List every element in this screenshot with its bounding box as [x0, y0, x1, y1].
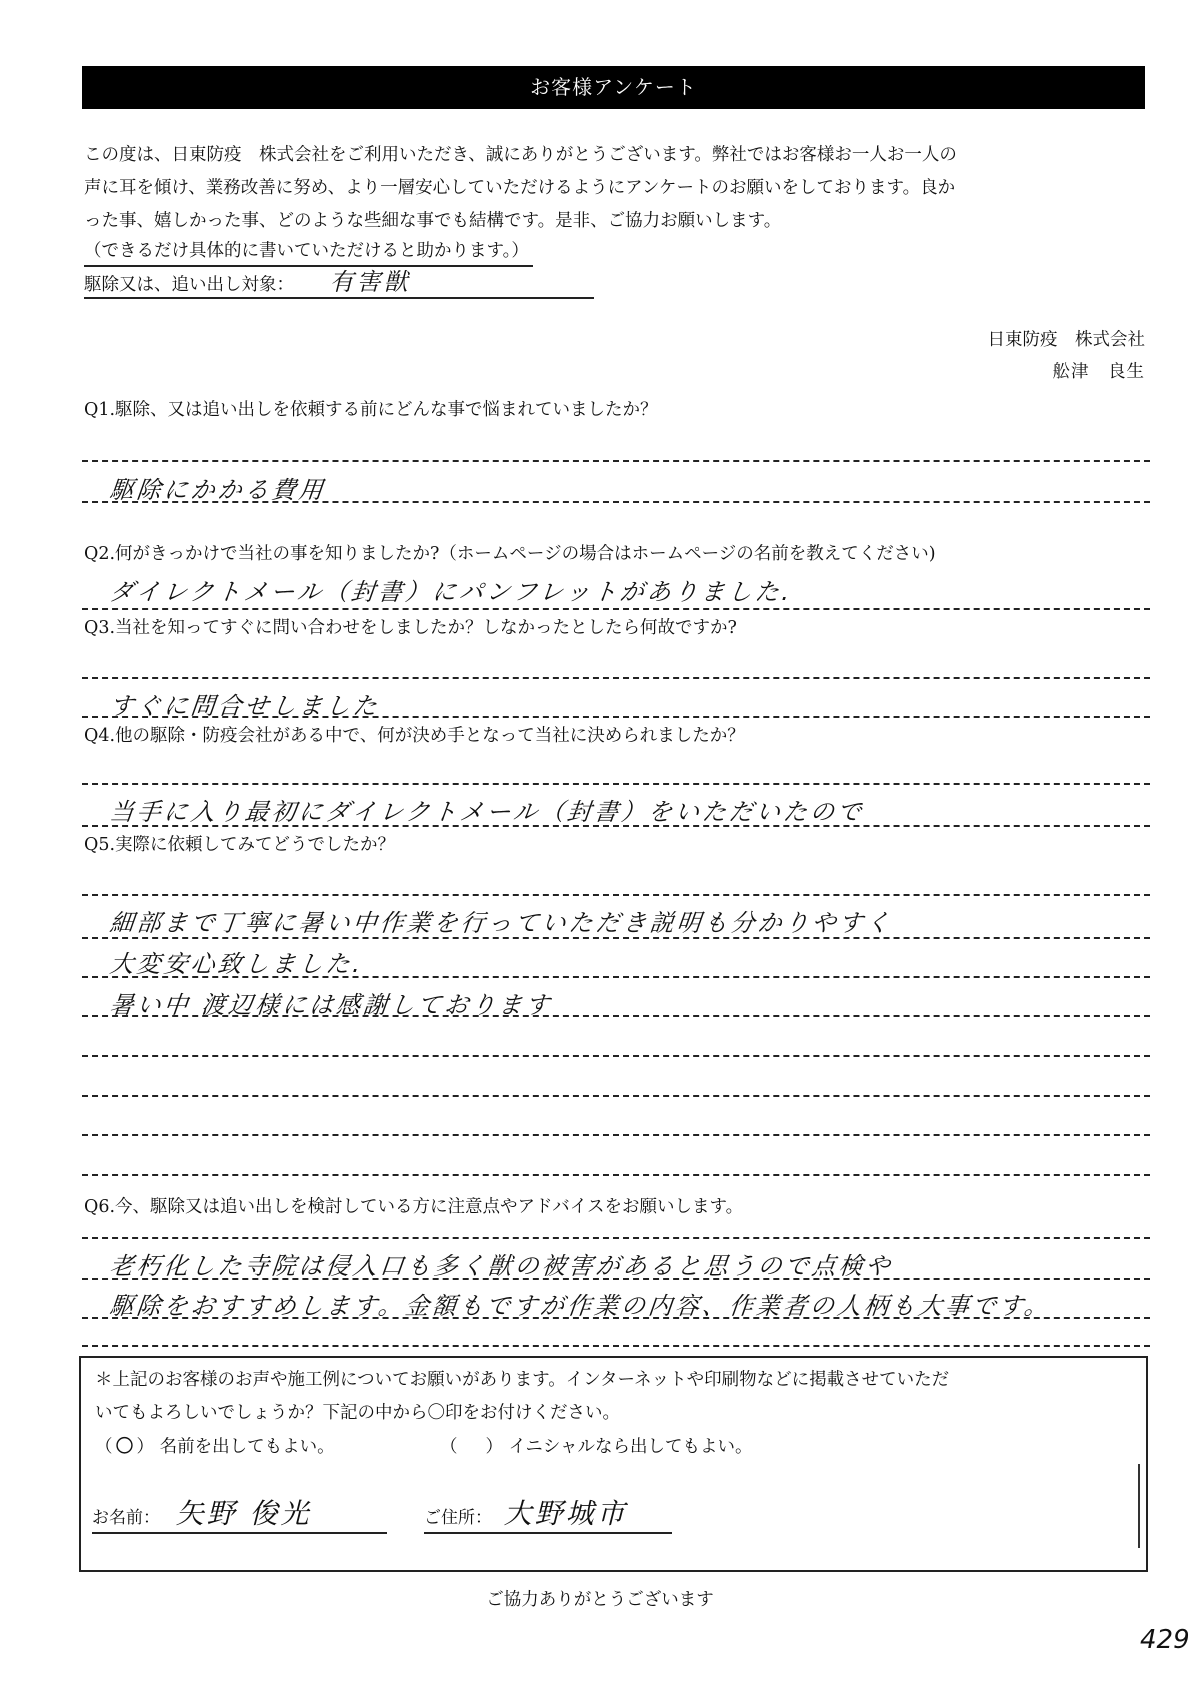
q4-label: Q4.他の駆除・防疫会社がある中で、何が決め手となって当社に決められましたか？ [84, 722, 745, 750]
name-field[interactable]: お名前： 矢野 俊光 [92, 1500, 387, 1534]
answer-line [82, 783, 1150, 785]
answer-line [82, 1174, 1150, 1176]
option-name-label: 名前を出してもよい。 [160, 1437, 335, 1457]
answer-line [82, 460, 1150, 462]
consent-option-initial[interactable]: （） イニシャルなら出してもよい。 [440, 1433, 753, 1461]
target-label: 駆除又は、追い出し対象： [84, 275, 294, 295]
q3-label: Q3.当社を知ってすぐに問い合わせをしましたか？しなかったとしたら何故ですか? [84, 614, 737, 642]
survey-title-bar: お客様アンケート [82, 66, 1145, 109]
page-number: 429 [1140, 1625, 1190, 1655]
intro-line-1: この度は、日東防疫 株式会社をご利用いただき、誠にありがとうございます。弊社では… [84, 139, 1149, 171]
answer-line [82, 716, 1150, 718]
answer-line [82, 1278, 1150, 1280]
answer-line [82, 1055, 1150, 1057]
answer-line [82, 608, 1150, 610]
q6-answer-2[interactable]: 駆除をおすすめします。金額もですが作業の内容、作業者の人柄も大事です。 [108, 1286, 1053, 1321]
option-name-mark[interactable]: 〇 [113, 1433, 137, 1461]
option-initial-label: イニシャルなら出してもよい。 [509, 1437, 753, 1457]
intro-line-2: 声に耳を傾け、業務改善に努め、より一層安心していただけるようにアンケートのお願い… [84, 172, 1149, 204]
answer-line [82, 677, 1150, 679]
address-field[interactable]: ご住所： 大野城市 [424, 1500, 672, 1534]
survey-title: お客様アンケート [530, 75, 697, 99]
q1-label: Q1.駆除、又は追い出しを依頼する前にどんな事で悩まれていましたか？ [84, 396, 658, 424]
q5-label: Q5.実際に依頼してみてどうでしたか？ [84, 831, 395, 859]
q5-answer-1[interactable]: 細部まで丁寧に暑い中作業を行っていただき説明も分かりやすく [108, 903, 895, 938]
intro-note: （できるだけ具体的に書いていただけると助かります。） [84, 237, 533, 267]
target-value[interactable]: 有害獣 [330, 268, 411, 296]
answer-line [82, 1015, 1150, 1017]
answer-line [82, 1345, 1150, 1347]
answer-line [82, 1134, 1150, 1136]
address-label: ご住所： [424, 1508, 492, 1528]
consent-option-name[interactable]: （〇） 名前を出してもよい。 [95, 1433, 335, 1461]
target-underline [84, 297, 594, 299]
answer-line [82, 976, 1150, 978]
q5-answer-2[interactable]: 大変安心致しました. [108, 944, 365, 979]
name-value[interactable]: 矢野 俊光 [176, 1497, 312, 1530]
intro-line-3: った事、嬉しかった事、どのような些細な事でも結構です。是非、ご協力お願いします。 [84, 205, 1149, 237]
answer-line [82, 894, 1150, 896]
answer-line [82, 1237, 1150, 1239]
thanks-text: ご協力ありがとうございます [0, 1586, 1200, 1611]
representative-name: 舩津 良生 [1053, 358, 1146, 386]
consent-line-1: ＊上記のお客様のお声や施工例についてお願いがあります。インターネットや印刷物など… [95, 1366, 949, 1394]
q6-label: Q6.今、駆除又は追い出しを検討している方に注意点やアドバイスをお願いします。 [84, 1193, 743, 1221]
answer-line [82, 825, 1150, 827]
margin-mark [1138, 1464, 1140, 1548]
answer-line [82, 1095, 1150, 1097]
q1-answer-1[interactable]: 駆除にかかる費用 [108, 470, 328, 505]
q6-answer-1[interactable]: 老朽化した寺院は侵入口も多く獣の被害があると思うので点検や [108, 1246, 895, 1281]
answer-line [82, 1317, 1150, 1319]
answer-line [82, 501, 1150, 503]
q4-answer-1[interactable]: 当手に入り最初にダイレクトメール（封書）をいただいたので [108, 792, 866, 827]
address-value[interactable]: 大野城市 [504, 1497, 628, 1530]
name-label: お名前： [92, 1508, 160, 1528]
company-name: 日東防疫 株式会社 [988, 326, 1146, 354]
q2-label: Q2.何がきっかけで当社の事を知りましたか?（ホームページの場合はホームページの… [84, 540, 936, 568]
consent-line-2: いてもよろしいでしょうか？下記の中から〇印をお付けください。 [95, 1399, 620, 1427]
q2-answer-1[interactable]: ダイレクトメール（封書）にパンフレットがありました. [108, 572, 794, 607]
answer-line [82, 937, 1150, 939]
target-row: 駆除又は、追い出し対象： 有害獣 [84, 268, 411, 299]
